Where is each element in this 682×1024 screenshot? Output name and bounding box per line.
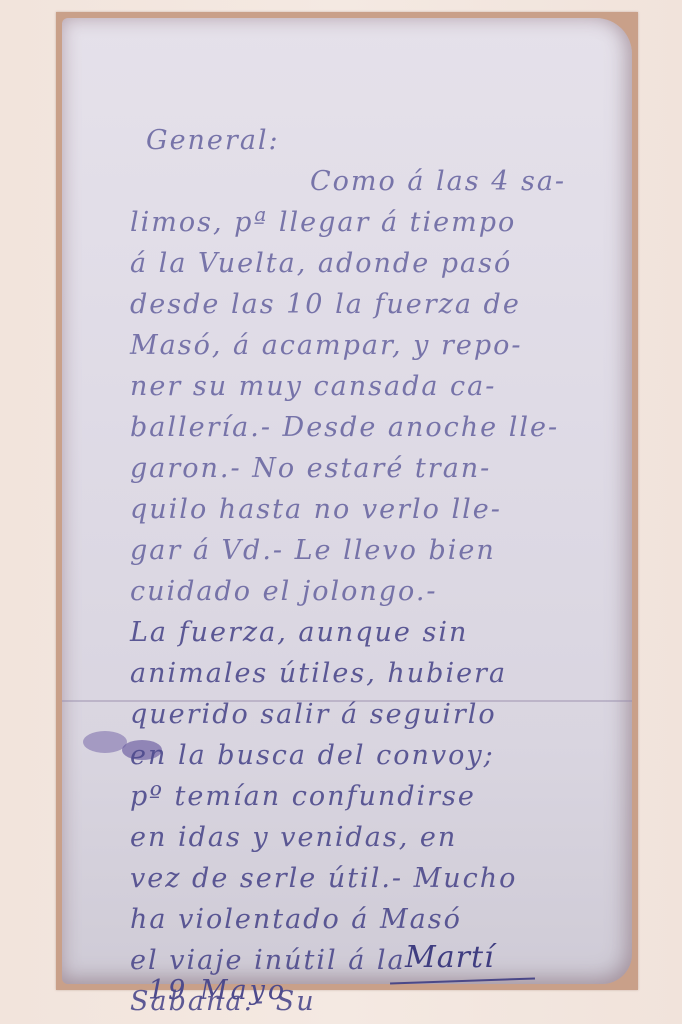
letter-line: ballería.- Desde anoche lle- — [130, 407, 600, 448]
letter-line: ner su muy cansada ca- — [130, 366, 600, 407]
letter-date: 19 Mayo — [148, 975, 287, 1006]
letter-line: quilo hasta no verlo lle- — [130, 489, 600, 530]
letter-body: General: Como á las 4 sa- limos, pª lleg… — [130, 120, 600, 1022]
letter-line: Como á las 4 sa- — [130, 161, 600, 202]
letter-line: querido salir á seguirlo — [130, 694, 600, 735]
letter-line: cuidado el jolongo.- — [130, 571, 600, 612]
letter-line: animales útiles, hubiera — [130, 653, 600, 694]
letter-line: La fuerza, aunque sin — [130, 612, 600, 653]
letter-line: vez de serle útil.- Mucho — [130, 858, 600, 899]
letter-line: en idas y venidas, en — [130, 817, 600, 858]
letter-line: ha violentado á Masó — [130, 899, 600, 940]
letter-line: limos, pª llegar á tiempo — [130, 202, 600, 243]
ink-blot — [83, 731, 127, 753]
signature: Martí — [405, 940, 495, 975]
letter-line: á la Vuelta, adonde pasó — [130, 243, 600, 284]
letter-line: garon.- No estaré tran- — [130, 448, 600, 489]
letter-line: desde las 10 la fuerza de — [130, 284, 600, 325]
letter-line: en la busca del convoy; — [130, 735, 600, 776]
letter-line: Masó, á acampar, y repo- — [130, 325, 600, 366]
letter-line: pº temían confundirse — [130, 776, 600, 817]
letter-line: gar á Vd.- Le llevo bien — [130, 530, 600, 571]
salutation: General: — [130, 120, 600, 161]
